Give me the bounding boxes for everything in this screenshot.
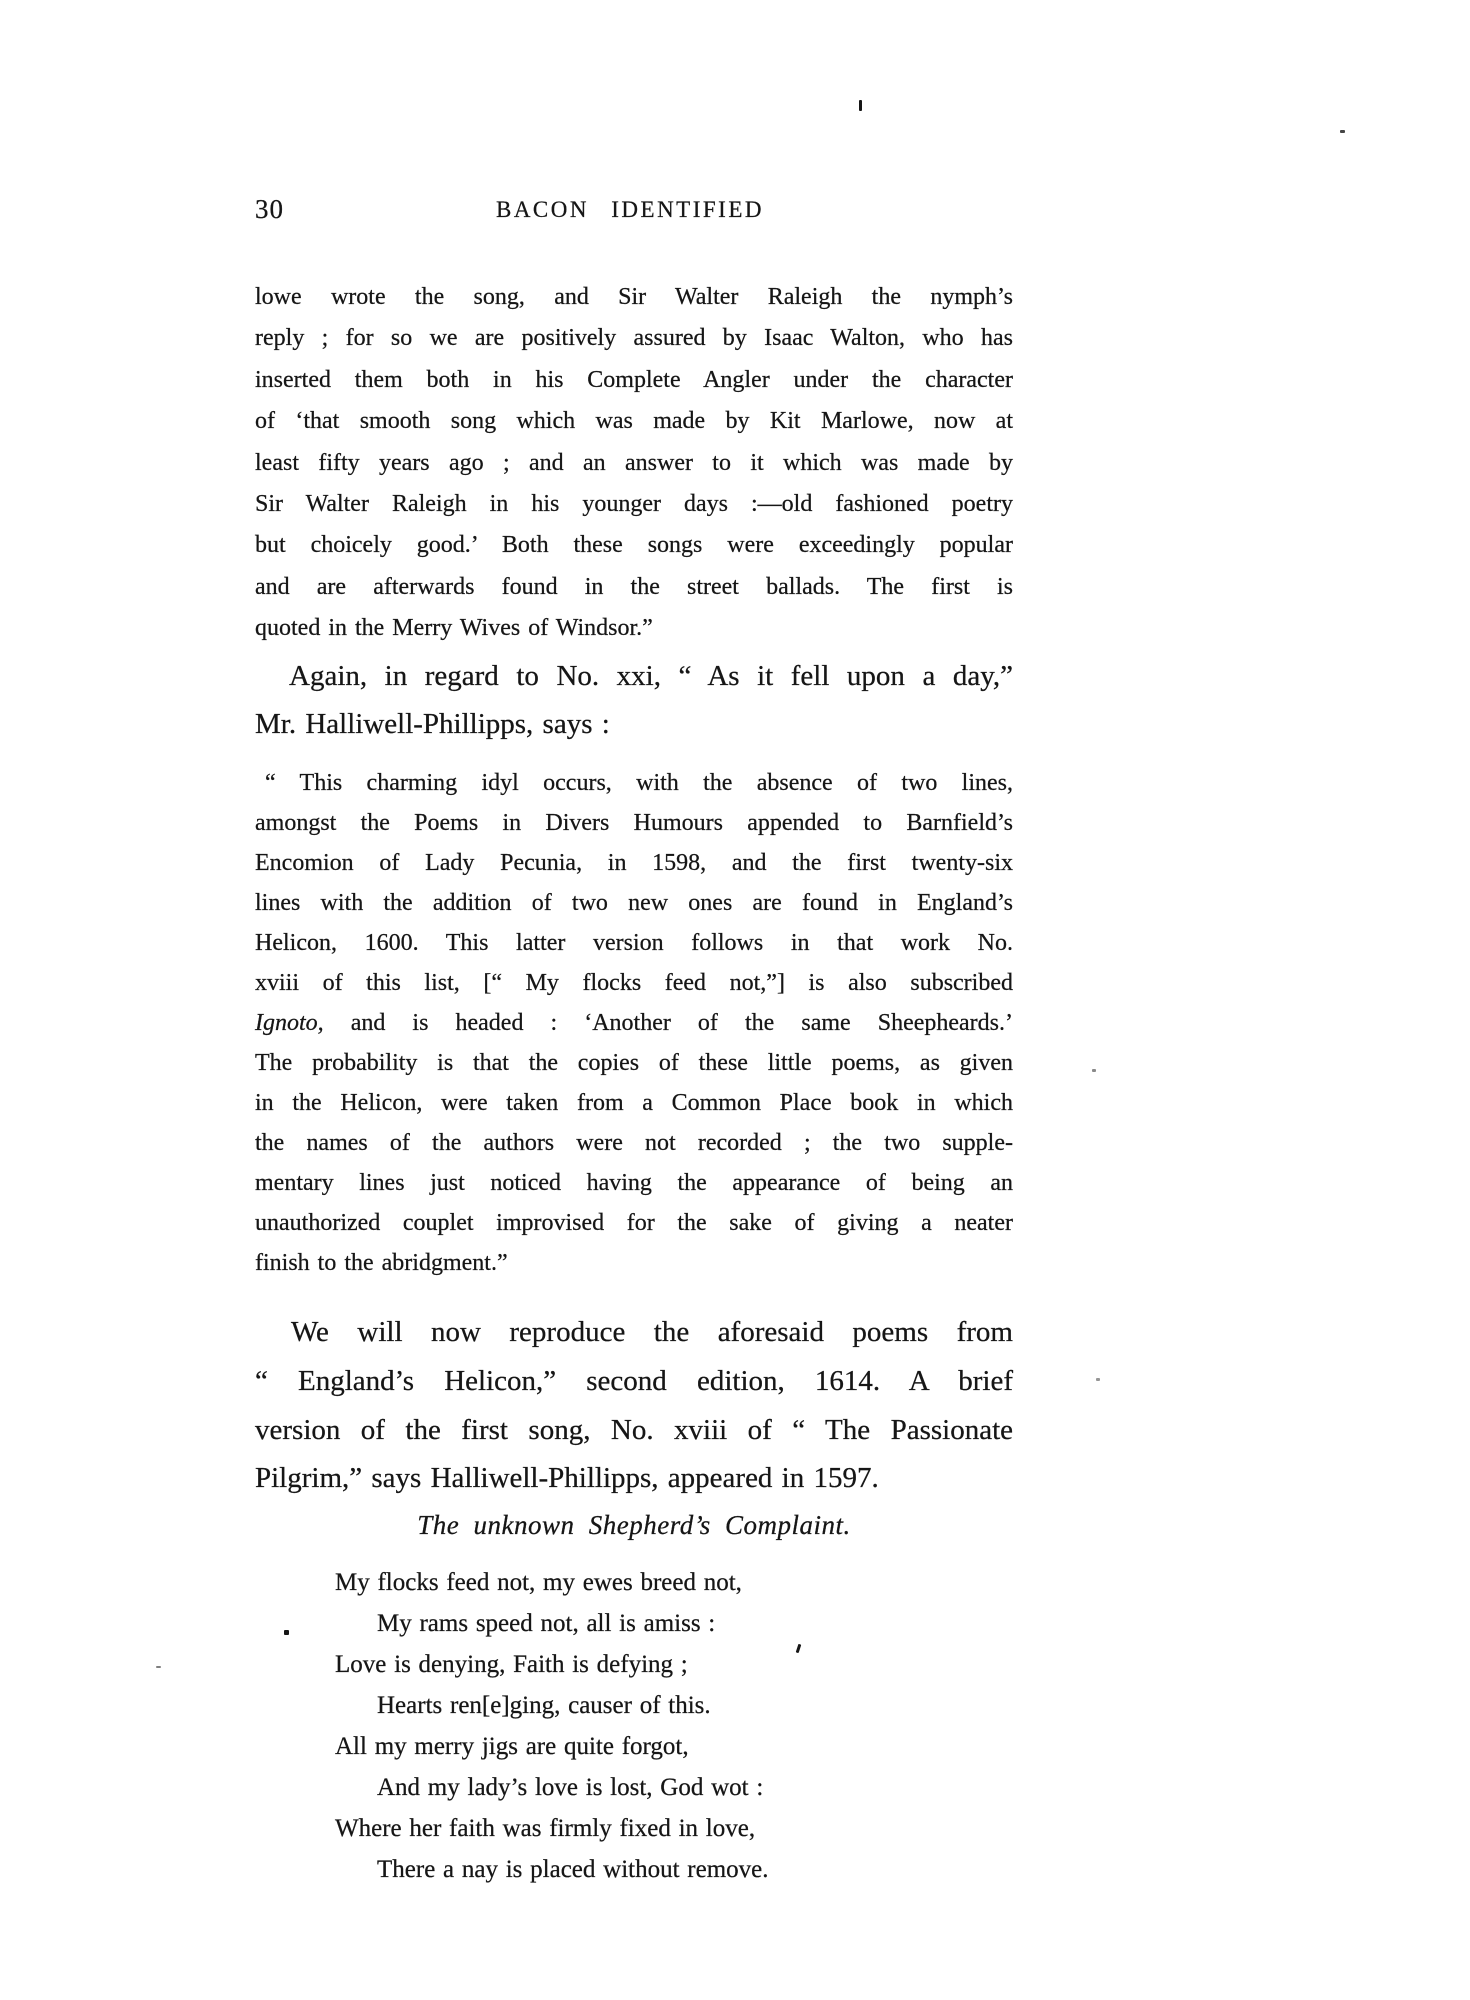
text-line: least fifty years ago ; and an answer to… bbox=[255, 443, 1013, 484]
text-line: Sir Walter Raleigh in his younger days :… bbox=[255, 484, 1013, 525]
poem-line: My rams speed not, all is amiss : bbox=[335, 1603, 1093, 1644]
text-line: Helicon, 1600. This latter version follo… bbox=[255, 923, 1013, 963]
poem-line: And my lady’s love is lost, God wot : bbox=[335, 1767, 1093, 1808]
text-line: version of the first song, No. xviii of … bbox=[255, 1406, 1013, 1455]
poem-line: All my merry jigs are quite forgot, bbox=[335, 1726, 1093, 1767]
poem-line: Hearts ren[e]ging, causer of this. bbox=[335, 1685, 1093, 1726]
poem-line: There a nay is placed without remove. bbox=[335, 1849, 1093, 1890]
running-title: BACON IDENTIFIED bbox=[255, 197, 1005, 223]
text-line: xviii of this list, [“ My flocks feed no… bbox=[255, 963, 1013, 1003]
text-line: Pilgrim,” says Halliwell-Phillipps, appe… bbox=[255, 1454, 1013, 1503]
text-line: Again, in regard to No. xxi, “ As it fel… bbox=[255, 652, 1013, 700]
text-line: and are afterwards found in the street b… bbox=[255, 567, 1013, 608]
text-line: Encomion of Lady Pecunia, in 1598, and t… bbox=[255, 843, 1013, 883]
poem-title: The unknown Shepherd’s Complaint. bbox=[255, 1510, 1013, 1541]
text-line: reply ; for so we are positively assured… bbox=[255, 318, 1013, 359]
scan-speck bbox=[859, 100, 862, 111]
poem-line: My flocks feed not, my ewes breed not, bbox=[335, 1562, 1093, 1603]
text-line: inserted them both in his Complete Angle… bbox=[255, 360, 1013, 401]
text-line: “ England’s Helicon,” second edition, 16… bbox=[255, 1357, 1013, 1406]
text-line: “ This charming idyl occurs, with the ab… bbox=[255, 763, 1013, 803]
quoted-paragraph-charming-idyl: “ This charming idyl occurs, with the ab… bbox=[255, 763, 1013, 1283]
scan-speck bbox=[156, 1666, 161, 1668]
text-line: quoted in the Merry Wives of Windsor.” bbox=[255, 608, 1013, 649]
poem-line: Love is denying, Faith is defying ; bbox=[335, 1644, 1093, 1685]
text-line: of ‘that smooth song which was made by K… bbox=[255, 401, 1013, 442]
text-line: mentary lines just noticed having the ap… bbox=[255, 1163, 1013, 1203]
text-line: but choicely good.’ Both these songs wer… bbox=[255, 525, 1013, 566]
scan-speck bbox=[1092, 1069, 1096, 1072]
text-line: the names of the authors were not record… bbox=[255, 1123, 1013, 1163]
book-page-scan: 30 BACON IDENTIFIED lowe wrote the song,… bbox=[0, 0, 1470, 2000]
poem-stanza: My flocks feed not, my ewes breed not,My… bbox=[255, 1562, 1093, 1890]
scan-speck bbox=[1340, 130, 1345, 133]
text-line: The probability is that the copies of th… bbox=[255, 1043, 1013, 1083]
text-line: in the Helicon, were taken from a Common… bbox=[255, 1083, 1013, 1123]
text-line: finish to the abridgment.” bbox=[255, 1243, 1013, 1283]
text-line: amongst the Poems in Divers Humours appe… bbox=[255, 803, 1013, 843]
text-line: lowe wrote the song, and Sir Walter Rale… bbox=[255, 277, 1013, 318]
text-line: Mr. Halliwell-Phillipps, says : bbox=[255, 700, 1013, 748]
scan-speck bbox=[284, 1630, 289, 1635]
text-line: We will now reproduce the aforesaid poem… bbox=[255, 1308, 1013, 1357]
paragraph-we-will-now-reproduce: We will now reproduce the aforesaid poem… bbox=[255, 1308, 1013, 1503]
scan-speck bbox=[1096, 1378, 1100, 1381]
page-header: 30 BACON IDENTIFIED bbox=[255, 194, 1013, 236]
text-line: Ignoto, and is headed : ‘Another of the … bbox=[255, 1003, 1013, 1043]
text-line: lines with the addition of two new ones … bbox=[255, 883, 1013, 923]
text-line: unauthorized couplet improvised for the … bbox=[255, 1203, 1013, 1243]
poem-line: Where her faith was firmly fixed in love… bbox=[335, 1808, 1093, 1849]
quoted-paragraph-marlowe: lowe wrote the song, and Sir Walter Rale… bbox=[255, 277, 1013, 650]
paragraph-again-in-regard: Again, in regard to No. xxi, “ As it fel… bbox=[255, 652, 1013, 748]
